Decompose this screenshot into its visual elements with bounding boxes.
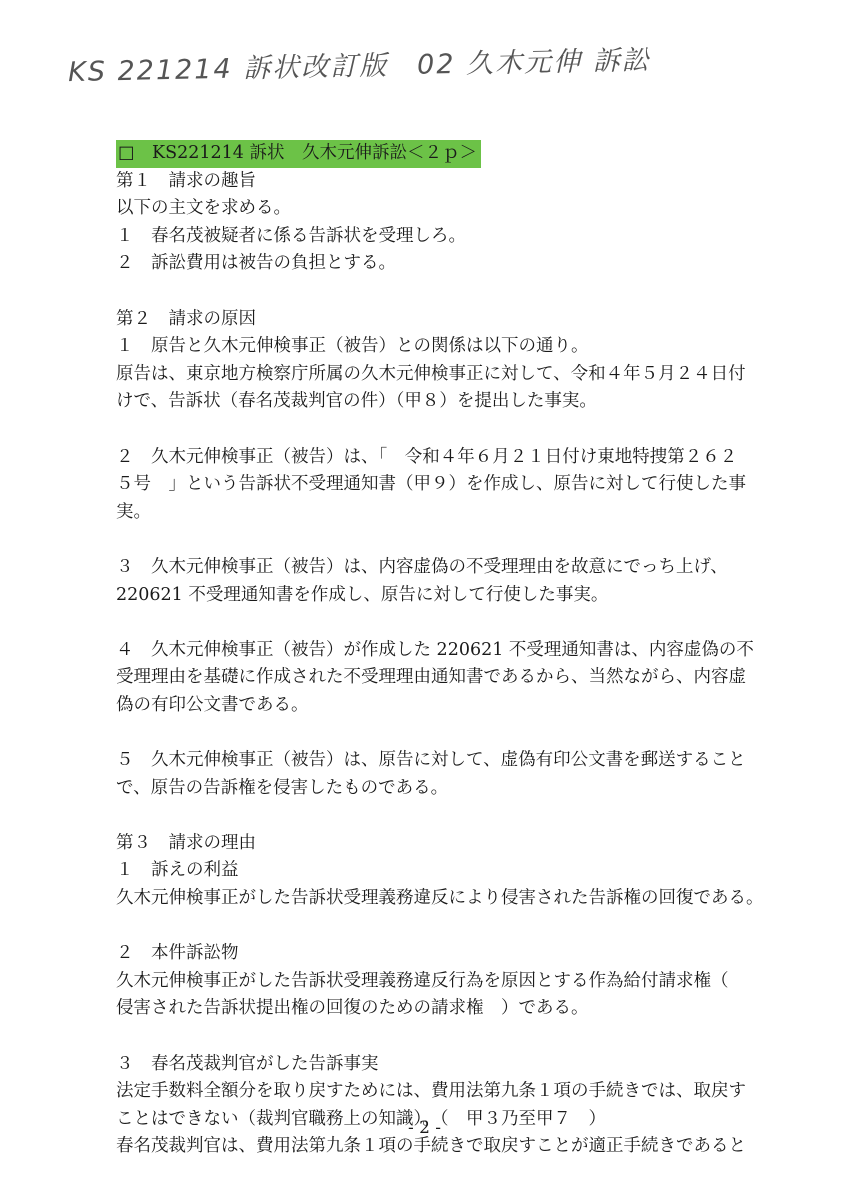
paragraph-line: １ 原告と久木元伸検事正（被告）との関係は以下の通り。	[116, 333, 786, 361]
section-heading: 第３ 請求の理由	[116, 830, 786, 858]
paragraph-line: 久木元伸検事正がした告訴状受理義務違反行為を原因とする作為給付請求権（	[116, 968, 786, 996]
list-item: １ 春名茂被疑者に係る告訴状を受理しろ。	[116, 223, 786, 251]
paragraph-line: 実。	[116, 499, 786, 527]
paragraph-line: 以下の主文を求める。	[116, 195, 786, 223]
paragraph-line: ２ 久木元伸検事正（被告）は、「 令和４年６月２１日付け東地特捜第２６２	[116, 444, 786, 472]
paragraph-line: 220621 不受理通知書を作成し、原告に対して行使した事実。	[116, 582, 786, 610]
paragraph-line: けで、告訴状（春名茂裁判官の件）（甲８）を提出した事実。	[116, 388, 786, 416]
paragraph-line: で、原告の告訴権を侵害したものである。	[116, 775, 786, 803]
paragraph-line: ３ 久木元伸検事正（被告）は、内容虚偽の不受理理由を故意にでっち上げ、	[116, 554, 786, 582]
paragraph-line: 原告は、東京地方検察庁所属の久木元伸検事正に対して、令和４年５月２４日付	[116, 361, 786, 389]
paragraph-line: １ 訴えの利益	[116, 857, 786, 885]
paragraph-line: ５号 」という告訴状不受理通知書（甲９）を作成し、原告に対して行使した事	[116, 471, 786, 499]
paragraph-line: ３ 春名茂裁判官がした告訴事実	[116, 1051, 786, 1079]
paragraph-line: ２ 本件訴訟物	[116, 940, 786, 968]
document-title-bar: □ KS221214 訴状 久木元伸訴訟＜２ｐ＞	[116, 140, 481, 168]
section-heading: 第１ 請求の趣旨	[116, 168, 786, 196]
paragraph-line: ５ 久木元伸検事正（被告）は、原告に対して、虚偽有印公文書を郵送すること	[116, 747, 786, 775]
paragraph-line: 久木元伸検事正がした告訴状受理義務違反により侵害された告訴権の回復である。	[116, 885, 786, 913]
handwritten-note: KS 221214 訴状改訂版 02 久木元伸 訴訟	[68, 38, 651, 89]
list-item: ２ 訴訟費用は被告の負担とする。	[116, 250, 786, 278]
paragraph-line: 受理理由を基礎に作成された不受理理由通知書であるから、当然ながら、内容虚	[116, 664, 786, 692]
paragraph-line: 偽の有印公文書である。	[116, 692, 786, 720]
paragraph-line: 侵害された告訴状提出権の回復のための請求権 ）である。	[116, 995, 786, 1023]
document-body: □ KS221214 訴状 久木元伸訴訟＜２ｐ＞ 第１ 請求の趣旨 以下の主文を…	[116, 140, 786, 1161]
page-number: - 2 -	[0, 1118, 849, 1138]
paragraph-line: 法定手数料全額分を取り戻すためには、費用法第九条１項の手続きでは、取戻す	[116, 1078, 786, 1106]
paragraph-line: ４ 久木元伸検事正（被告）が作成した 220621 不受理通知書は、内容虚偽の不	[116, 637, 786, 665]
section-heading: 第２ 請求の原因	[116, 306, 786, 334]
